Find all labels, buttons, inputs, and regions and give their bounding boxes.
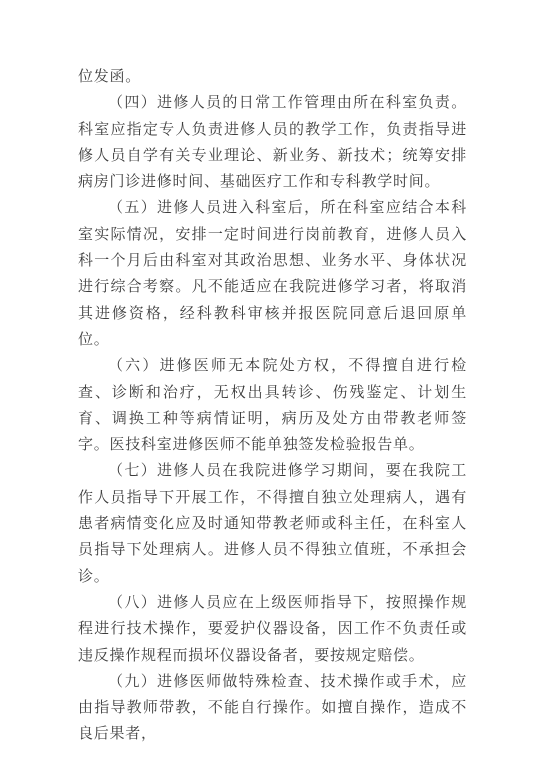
document-body: 位发函。（四）进修人员的日常工作管理由所在科室负责。科室应指定专人负责进修人员的… bbox=[78, 64, 467, 748]
paragraph: （六）进修医师无本院处方权，不得擅自进行检查、诊断和治疗，无权出具转诊、伤残鉴定… bbox=[78, 353, 467, 458]
paragraph: 位发函。 bbox=[78, 64, 467, 90]
paragraph: （八）进修人员应在上级医师指导下，按照操作规程进行技术操作，要爱护仪器设备，因工… bbox=[78, 590, 467, 669]
paragraph: （九）进修医师做特殊检查、技术操作或手术，应由指导教师带教，不能自行操作。如擅自… bbox=[78, 669, 467, 748]
paragraph: （五）进修人员进入科室后，所在科室应结合本科室实际情况，安排一定时间进行岗前教育… bbox=[78, 195, 467, 353]
document-page: 位发函。（四）进修人员的日常工作管理由所在科室负责。科室应指定专人负责进修人员的… bbox=[0, 0, 545, 776]
paragraph: （四）进修人员的日常工作管理由所在科室负责。科室应指定专人负责进修人员的教学工作… bbox=[78, 90, 467, 195]
paragraph: （七）进修人员在我院进修学习期间，要在我院工作人员指导下开展工作，不得擅自独立处… bbox=[78, 458, 467, 589]
